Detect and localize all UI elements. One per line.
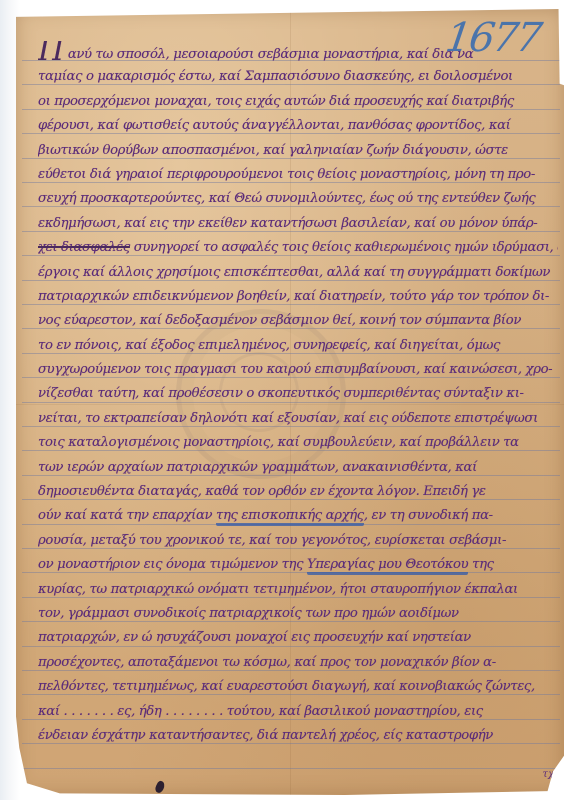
line-text: ρουσία, μεταξύ του χρονικού τε, καί του … [38, 533, 506, 548]
manuscript-line: χει διασφαλές συνηγορεί το ασφαλές τοις … [38, 236, 558, 260]
struck-through-text: χει διασφαλές [38, 240, 130, 255]
line-text: των ιερών αρχαίων πατριαρχικών γραμμάτων… [38, 460, 477, 475]
line-text: εύθετοι διά γηραιοί περιφρουρούμενοι τοι… [38, 167, 535, 182]
line-text: τον, γράμμασι συνοδικοίς πατριαρχικοίς τ… [38, 606, 459, 621]
ruled-line [22, 768, 560, 769]
line-text: ένδειαν έσχάτην καταντήσαντες, διά παντε… [38, 728, 493, 743]
drop-cap: Π [38, 41, 64, 61]
line-text: βιωτικών θορύβων αποσπασμένοι, καί γαλην… [38, 143, 508, 158]
line-text: καί . . . . . . . ες, ήδη . . . . . . . … [38, 704, 483, 719]
blue-underlined-phrase: της επισκοπικής αρχής [216, 508, 364, 526]
line-text: ον μοναστήριον εις όνομα τιμώμενον της [38, 557, 307, 572]
manuscript-line: δημοσιευθέντα διαταγάς, καθά τον ορθόν ε… [38, 480, 558, 504]
manuscript-line: κυρίας, τω πατριαρχικώ ονόματι τετιμημέν… [38, 578, 558, 602]
blue-underlined-phrase: Υπεραγίας μου Θεοτόκου [307, 557, 468, 575]
manuscript-line: εύθετοι διά γηραιοί περιφρουρούμενοι τοι… [38, 163, 558, 187]
line-text: ούν καί κατά την επαρχίαν [38, 508, 216, 523]
manuscript-line: ταμίας ο μακαρισμός έστω, καί Σαμπασιόσυ… [38, 65, 558, 89]
manuscript-line: σευχή προσκαρτερούντες, καί Θεώ συνομιλο… [38, 187, 558, 211]
manuscript-line: βιωτικών θορύβων αποσπασμένοι, καί γαλην… [38, 139, 558, 163]
line-text: σευχή προσκαρτερούντες, καί Θεώ συνομιλο… [38, 191, 535, 206]
manuscript-line: ρουσία, μεταξύ του χρονικού τε, καί του … [38, 529, 558, 553]
manuscript-line: τοις καταλογισμένοις μοναστηρίοις, καί σ… [38, 431, 558, 455]
line-text: κυρίας, τω πατριαρχικώ ονόματι τετιμημέν… [38, 582, 518, 597]
manuscript-line: των ιερών αρχαίων πατριαρχικών γραμμάτων… [38, 456, 558, 480]
line-text: οι προσερχόμενοι μοναχαι, τοις ειχάς αυτ… [38, 94, 514, 109]
manuscript-page: 1677 Πανύ τω σποσόλ, μεσοιαρούσι σεβάσμι… [16, 9, 564, 795]
line-text: νείται, το εκτραπείσαν δηλονότι καί εξου… [38, 411, 538, 426]
manuscript-line: οι προσερχόμενοι μοναχαι, τοις ειχάς αυτ… [38, 90, 558, 114]
manuscript-line: πατριαρχών, εν ώ ησυχάζουσι μοναχοί εις … [38, 626, 558, 650]
manuscript-line: το εν πόνοις, καί έξοδος επιμελημένος, σ… [38, 334, 558, 358]
manuscript-line: νίζεσθαι ταύτη, καί προθέσεσιν ο σκοπευτ… [38, 382, 558, 406]
manuscript-text: Πανύ τω σποσόλ, μεσοιαρούσι σεβάσμια μον… [38, 41, 558, 748]
line-text: ταμίας ο μακαρισμός έστω, καί Σαμπασιόσυ… [38, 69, 513, 84]
page-background: 1677 Πανύ τω σποσόλ, μεσοιαρούσι σεβάσμι… [0, 0, 581, 800]
manuscript-line: πατριαρχικών επιδεικνύμενον βοηθείν, καί… [38, 285, 558, 309]
manuscript-line: καί . . . . . . . ες, ήδη . . . . . . . … [38, 700, 558, 724]
line-text: συγχωρούμενον τοις πραγμασι του καιρού ε… [38, 362, 552, 377]
corner-mark: τχ [542, 769, 554, 780]
line-text: νίζεσθαι ταύτη, καί προθέσεσιν ο σκοπευτ… [38, 386, 524, 401]
line-text: , εν τη συνοδική πα- [364, 508, 493, 523]
manuscript-line: νείται, το εκτραπείσαν δηλονότι καί εξου… [38, 407, 558, 431]
manuscript-line: νος εύαρεστον, καί δεδοξασμένον σεβάσμιο… [38, 309, 558, 333]
line-text: έργοις καί άλλοις χρησίμοις επισκέπτεσθα… [38, 265, 550, 280]
manuscript-line: ούν καί κατά την επαρχίαν της επισκοπική… [38, 504, 558, 528]
manuscript-line: ένδειαν έσχάτην καταντήσαντες, διά παντε… [38, 724, 558, 748]
line-text: πατριαρχικών επιδεικνύμενον βοηθείν, καί… [38, 289, 549, 304]
line-text: της [468, 557, 493, 572]
manuscript-line: έργοις καί άλλοις χρησίμοις επισκέπτεσθα… [38, 261, 558, 285]
manuscript-line: εκδημήσωσι, καί εις την εκείθεν καταντήσ… [38, 212, 558, 236]
manuscript-line: συγχωρούμενον τοις πραγμασι του καιρού ε… [38, 358, 558, 382]
manuscript-line: φέρουσι, καί φωτισθείς αυτούς άναγγέλλον… [38, 114, 558, 138]
manuscript-line: ον μοναστήριον εις όνομα τιμώμενον της Υ… [38, 553, 558, 577]
manuscript-line: Πανύ τω σποσόλ, μεσοιαρούσι σεβάσμια μον… [38, 41, 558, 65]
line-text: πατριαρχών, εν ώ ησυχάζουσι μοναχοί εις … [38, 630, 471, 645]
line-text: εκδημήσωσι, καί εις την εκείθεν καταντήσ… [38, 216, 537, 231]
line-text: ανύ τω σποσόλ, μεσοιαρούσι σεβάσμια μονα… [68, 47, 473, 62]
manuscript-line: πελθόντες, τετιμημένως, καί ευαρεστούσι … [38, 675, 558, 699]
manuscript-line: τον, γράμμασι συνοδικοίς πατριαρχικοίς τ… [38, 602, 558, 626]
line-text: δημοσιευθέντα διαταγάς, καθά τον ορθόν ε… [38, 484, 486, 499]
line-text: φέρουσι, καί φωτισθείς αυτούς άναγγέλλον… [38, 118, 511, 133]
line-text: το εν πόνοις, καί έξοδος επιμελημένος, σ… [38, 338, 500, 353]
manuscript-line: προσέχοντες, αποταξάμενοι τω κόσμω, καί … [38, 651, 558, 675]
line-text: πελθόντες, τετιμημένως, καί ευαρεστούσι … [38, 679, 535, 694]
line-text: συνηγορεί το ασφαλές τοις θείοις καθιερω… [130, 240, 558, 255]
line-text: προσέχοντες, αποταξάμενοι τω κόσμω, καί … [38, 655, 496, 670]
line-text: τοις καταλογισμένοις μοναστηρίοις, καί σ… [38, 435, 519, 450]
line-text: νος εύαρεστον, καί δεδοξασμένον σεβάσμιο… [38, 313, 521, 328]
